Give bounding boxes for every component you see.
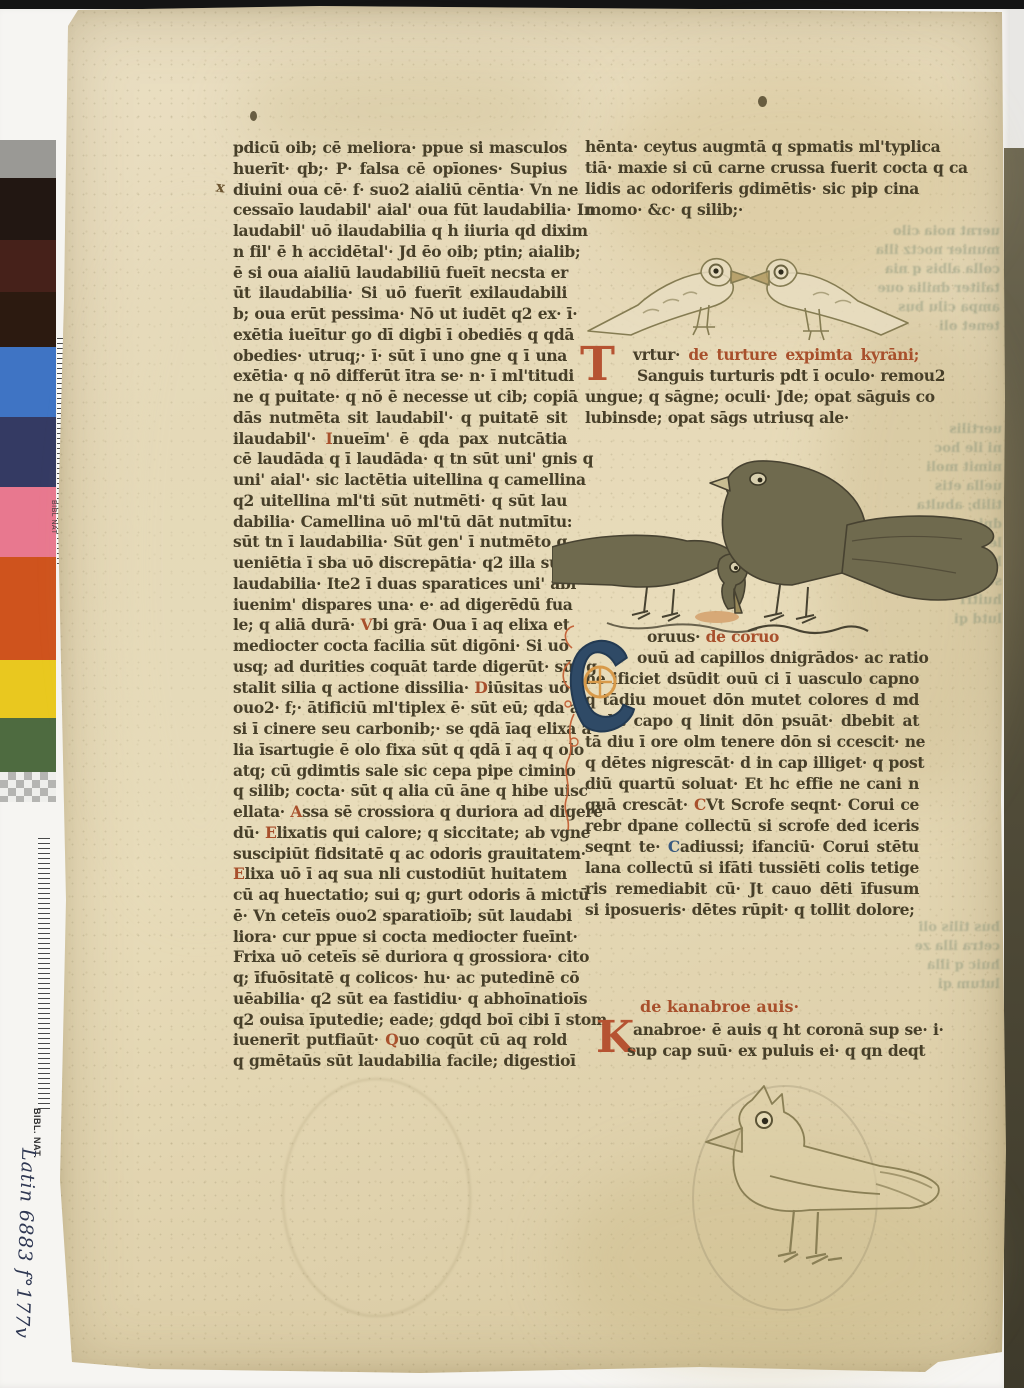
calibration-checker-corner — [0, 772, 56, 802]
text-line: bus tilis oli — [838, 918, 1000, 937]
text-line: momo· &c· q silib;· — [585, 199, 919, 220]
text-line: iuenim' dispares una· e· ad digerēdū f… — [233, 595, 567, 616]
text-line: q; īfuōsitatē q colicos· hu· ac puted… — [233, 968, 567, 989]
text-line: ē· Vn ceteīs ouo2 sparatioīb; sūt la… — [233, 906, 567, 927]
crow-pair-illustration — [552, 455, 1002, 645]
manuscript-photo: BIBL NAT BIBL. NAT. Latin 6883 f°177v x … — [0, 0, 1024, 1388]
text-line: lutum qi — [838, 975, 1000, 994]
text-line: Elixa uō ī aq sua nli custodiūt huita… — [233, 864, 567, 885]
left-text-column: pdicū oib; cē meliora· ppue si masculo… — [233, 138, 567, 1072]
text-line: ne q puitate· q nō ē necesse ut cib; c… — [233, 387, 567, 408]
ink-fleck — [758, 96, 767, 107]
text-line: atq; cū gdimtis sale sic cepa pipe cimi… — [233, 761, 567, 782]
bibl-nat-small-print: BIBL NAT — [50, 500, 57, 534]
text-line: mediocter cocta facilia sūt digōni· Si… — [233, 636, 567, 657]
text-line: anabroe· ē auis q ht coronā sup se· i· — [585, 1019, 919, 1040]
text-line: diuini oua cē· f· suo2 aialiū cēntia·… — [233, 180, 567, 201]
right-column-block-1: hēnta· ceytus augmtā q spmatis ml'typl… — [585, 136, 919, 220]
left-crow-legs — [632, 587, 680, 621]
text-line: q2 uitellina ml'ti sūt nutmēti· q sūt… — [233, 491, 567, 512]
text-line: uni' aial'· sic lactētia uitellina q ca… — [233, 470, 567, 491]
color-patch-dark-brown — [0, 292, 56, 347]
color-patch-black-brown — [0, 178, 56, 240]
text-line: pdicū oib; cē meliora· ppue si masculo… — [233, 138, 567, 159]
text-line: lidis ac odoriferis gdimētis· sic pip c… — [585, 178, 919, 199]
text-line: cē laudāda q ī laudāda· q tn sūt un… — [233, 449, 567, 470]
text-line: liora· cur ppue si cocta mediocter fueī… — [233, 927, 567, 948]
text-line: usq; ad durities coquāt tarde digerūt·… — [233, 657, 567, 678]
text-line: b; oua erūt pessima· Nō ut iudēt q2 e… — [233, 304, 567, 325]
text-line: lia īsartugie ē olo fixa sūt q qdā i… — [233, 740, 567, 761]
text-line: q gmētaūs sūt laudabilia facile; dige… — [233, 1051, 567, 1072]
ground-smudge — [695, 611, 739, 623]
text-line: ris remediabit cū· Jt cauo dēti īfusu… — [585, 878, 919, 899]
text-line: stalit silia q actione dissilia· Diūsit… — [233, 678, 567, 699]
turtledove-pair-illustration — [583, 243, 913, 353]
right-crow-beak — [710, 477, 730, 491]
text-line: ouo2· f;· ātificiū ml'tiplex ē· sūt … — [233, 698, 567, 719]
ruler-strip-lower — [38, 838, 50, 1110]
text-line: hēnta· ceytus augmtā q spmatis ml'typl… — [585, 136, 919, 157]
kanabroe-rubric: de kanabroe auis· — [640, 997, 799, 1016]
left-crow-body — [552, 535, 745, 607]
right-dove-beak — [750, 271, 769, 285]
text-line: si ī cinere seu carbonib;· se qdā īaq… — [233, 719, 567, 740]
text-line: laudabilia· Ite2 ī duas sparatices uni'… — [233, 574, 567, 595]
text-line: lana collectū si ifāti tussiēti colis… — [585, 857, 919, 878]
coruus-decorated-initial — [558, 618, 638, 838]
text-line: uēabilia· q2 sūt ea fastidiu· q abhoī… — [233, 989, 567, 1010]
text-line: laudabil' uō ilaudabilia q h iiuria qd … — [233, 221, 567, 242]
color-patch-green — [0, 718, 56, 772]
ground-tuft-right — [748, 625, 868, 633]
text-line: si iposueris· dētes rūpit· q tollit do… — [585, 899, 919, 920]
color-patch-vermilion — [0, 557, 56, 660]
right-crow-legs — [764, 585, 816, 623]
text-line: ūt ilaudabilia· Si uō fuerīt exilauda… — [233, 283, 567, 304]
text-line: seqnt te· Cadiussi; ifanciū· Corui stē… — [585, 836, 919, 857]
text-line: sup cap suū· ex puluis ei· q qn deqt — [585, 1040, 919, 1061]
text-line: huerīt· qb;· P· falsa cē opīones· Sup… — [233, 159, 567, 180]
text-line: le; q aliā durā· Vbi grā· Oua ī aq e… — [233, 615, 567, 636]
photo-right-edge — [1004, 148, 1024, 1388]
text-line: cū aq huectatio; sui q; gurt odoris ā … — [233, 885, 567, 906]
color-calibration-bar — [0, 140, 56, 772]
text-line: lubinsde; opat sāgs utriusq ale· — [585, 407, 919, 428]
text-line: tiā· maxie si cū carne crussa fuerit c… — [585, 157, 919, 178]
text-line: q2 ouisa īputedie; eade; gdqd boī cibi… — [233, 1010, 567, 1031]
text-line: ilaudabil'· Inueīm' ē qda pax nutcāti… — [233, 429, 567, 450]
text-line: exētia· q nō differūt ītra se· n· ī… — [233, 366, 567, 387]
text-line: q silib; cocta· sūt q alia cū āne q h… — [233, 781, 567, 802]
text-line: dās nutmēta sit laudabil'· q puitatē … — [233, 408, 567, 429]
text-line: ungue; q sāgne; oculi· Jde; opat sāgui… — [585, 386, 919, 407]
turtur-paragraph: vrtur· de turture expimta kyrāni;Sangui… — [585, 344, 919, 428]
text-line: Frixa uō ceteīs sē duriora q grossior… — [233, 947, 567, 968]
text-line: obedies· utruq;· ī· sūt ī uno gne q i… — [233, 346, 567, 367]
show-through-text: bus tilis olicetra illa zehuic q illalut… — [838, 918, 1000, 994]
color-patch-yellow — [0, 660, 56, 718]
text-line: cetra illa ze — [838, 937, 1000, 956]
ground-line-left — [607, 623, 757, 632]
text-line: dabilia· Camellina uō ml'tū dāt nutmi… — [233, 512, 567, 533]
crested-bird-legs — [778, 1210, 842, 1264]
faint-smudge-ring — [282, 1078, 471, 1317]
left-dove-beak — [731, 271, 749, 283]
text-line: ellata· Assa sē crossiora q duriora ad … — [233, 802, 567, 823]
text-line: iuenerīt putfiaūt· Quo coqūt cū aq r… — [233, 1030, 567, 1051]
text-line: sūt tn ī laudabilia· Sūt gen' ī nutm… — [233, 532, 567, 553]
color-patch-gray — [0, 140, 56, 178]
color-patch-pink — [0, 487, 56, 557]
text-line: uernt noia cilo — [735, 222, 1000, 241]
text-line: exētia iueītur go dī digbī ī obedie… — [233, 325, 567, 346]
crested-bird-illustration — [690, 1080, 950, 1315]
color-patch-blue — [0, 347, 56, 417]
color-patch-navy — [0, 417, 56, 487]
text-line: dū· Elixatis qui calore; q siccitate; a… — [233, 823, 567, 844]
ink-fleck — [250, 111, 257, 121]
text-line: huic q illa — [838, 956, 1000, 975]
text-line: ē si oua aialiū laudabiliū fueīt nec… — [233, 263, 567, 284]
right-crow-tail — [842, 516, 997, 600]
text-line: Sanguis turturis pdt ī oculo· remou2 — [585, 365, 919, 386]
text-line: ueniētia ī sba uō discrepātia· q2 il… — [233, 553, 567, 574]
text-line: n fil' ē h accidētal'· Jd ēo oib; pti… — [233, 242, 567, 263]
kanabroe-paragraph: anabroe· ē auis q ht coronā sup se· i·… — [585, 1019, 919, 1061]
color-patch-dark-maroon — [0, 240, 56, 292]
text-line: suscipiūt fidsitatē q ac odoris grauit… — [233, 844, 567, 865]
text-line: cessaīo laudabil' aial' oua fūt laudab… — [233, 200, 567, 221]
